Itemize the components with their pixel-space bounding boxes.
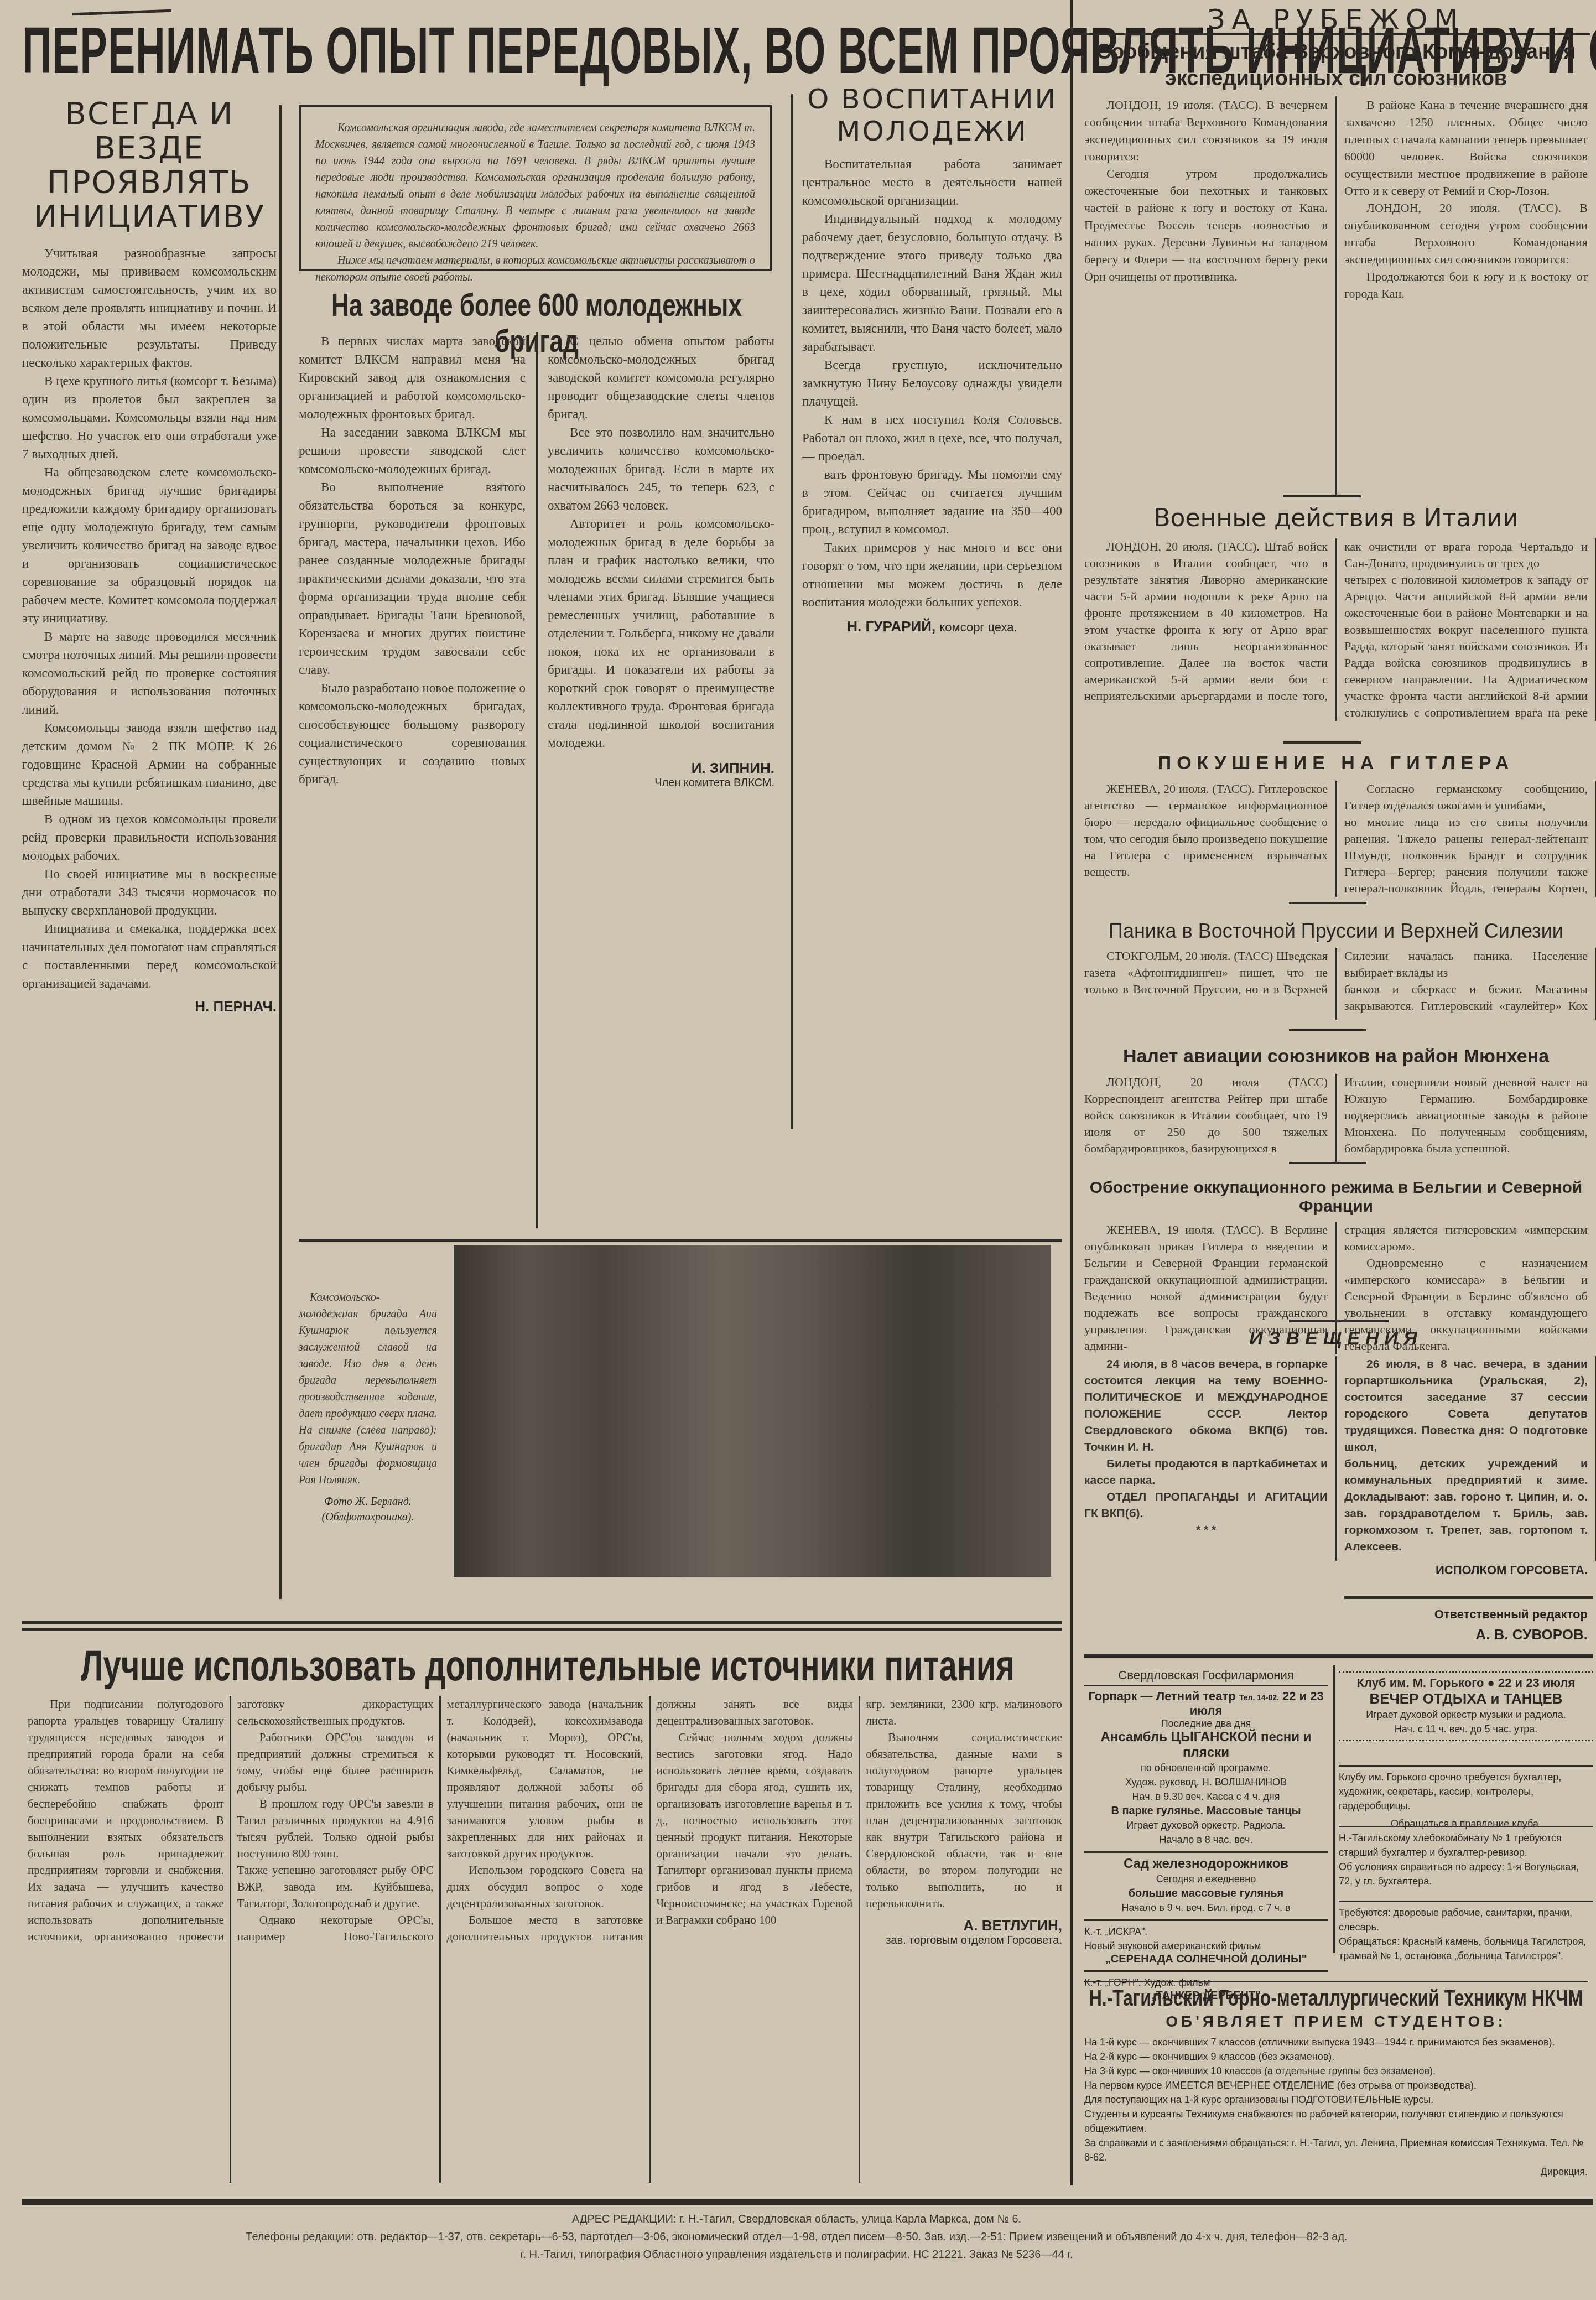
notices-title: ИЗВЕЩЕНИЯ [1084, 1328, 1588, 1349]
paragraph: По своей инициативе мы в воскресные дни … [22, 865, 277, 920]
paragraph: На общезаводском слете комсомольско-моло… [22, 463, 277, 627]
divider-rule [1283, 495, 1361, 497]
section-rule [1084, 1654, 1593, 1658]
ad-venue-row: Горпарк — Летний театр Тел. 14-02. 22 и … [1084, 1689, 1328, 1718]
ad-line: Нач. в 9.30 веч. Касса с 4 ч. дня [1084, 1789, 1328, 1804]
ad-headline: Н.-Тагильский Горно-металлургический Тех… [1084, 1985, 1588, 2011]
section-rule [299, 1239, 1062, 1242]
editor-block: Ответственный редактор А. В. СУВОРОВ. [1344, 1607, 1588, 1643]
news-hitler: ПОКУШЕНИЕ НА ГИТЛЕРА ЖЕНЕВА, 20 июля. (Т… [1084, 752, 1588, 897]
divider-rule [1289, 1029, 1366, 1031]
article-author: Н. ГУРАРИЙ, комсорг цеха. [802, 618, 1062, 635]
paragraph: Индивидуальный подход к молодому рабочем… [802, 210, 1062, 356]
news-body: СТОКГОЛЬМ, 20 июля. (ТАСС) Шведская газе… [1084, 948, 1588, 1020]
author-role: Член комитета ВЛКСМ. [548, 777, 774, 790]
ad-dates: 22 и 23 июля [1498, 1676, 1575, 1690]
ad-phone: Тел. 14-02. [1239, 1693, 1279, 1702]
ad-railway-garden: Сад железнодорожников Сегодня и ежедневн… [1084, 1851, 1328, 1915]
article-food: При подписании полугодового рапорта урал… [28, 1696, 1062, 2183]
ad-line: Клубу им. Горького срочно требуется бухг… [1339, 1770, 1593, 1813]
article-body: Учитывая разнообразные запросы молодежи,… [22, 244, 277, 993]
column-divider [791, 94, 793, 1129]
news-body: ЖЕНЕВА, 20 июля. (ТАСС). Гитлеровское аг… [1084, 781, 1588, 897]
paragraph: Всегда грустную, исключительно замкнутую… [802, 356, 1062, 411]
paragraph: Учитывая разнообразные запросы молодежи,… [22, 244, 277, 372]
paragraph: * * * [1084, 1522, 1328, 1539]
paragraph: вать фронтовую бригаду. Мы помогли ему в… [802, 465, 1062, 538]
paragraph: Также успешно заготовляет рыбу ОРС ВЖР, … [237, 1862, 434, 1912]
paragraph: Инициатива и смекалка, поддержка всех на… [22, 920, 277, 993]
paragraph: 26 июля, в 8 час. вечера, в здании горпа… [1344, 1356, 1588, 1456]
paragraph: Авторитет и роль комсомольско-молодежных… [548, 515, 774, 752]
paragraph: В прошлом году ОРС'ы завезли в Тагил раз… [237, 1795, 434, 1862]
ad-line: За справками и с заявлениями обращаться:… [1084, 2136, 1588, 2164]
ad-line: На 3-й курс — окончивших 10 классов (а о… [1084, 2064, 1588, 2078]
paragraph: Продолжаются бои к югу и к востоку от го… [1344, 268, 1588, 302]
column-divider [279, 105, 282, 1599]
caption-text: Комсомольско-молодежная бригада Ани Кушн… [299, 1289, 437, 1488]
ad-cinema-iskra: К.-т. „ИСКРА". Новый звуковой американск… [1084, 1919, 1328, 1966]
paragraph: страция является гитлеровским «имперским… [1344, 1222, 1588, 1255]
ad-line: На 1-й курс — окончивших 7 классов (отли… [1084, 2035, 1588, 2049]
article-title: Лучше использовать дополнительные источн… [33, 1640, 1062, 1690]
paragraph: Во выполнение взятого обязательства боро… [299, 478, 526, 679]
ad-bakery-jobs: Н.-Тагильскому хлебокомбинату № 1 требую… [1339, 1826, 1593, 1888]
ad-line: Для поступающих на 1-й курс организованы… [1084, 2093, 1588, 2107]
ad-line: Н.-Тагильскому хлебокомбинату № 1 требую… [1339, 1831, 1593, 1860]
divider-rule [1289, 1320, 1389, 1322]
section-title: ЗА РУБЕЖОМ [1082, 6, 1590, 33]
paragraph: Сейчас полным ходом должны вестись загот… [656, 1729, 852, 1928]
ad-line: Сегодня и ежедневно [1084, 1872, 1328, 1886]
news-italy: Военные действия в Италии ЛОНДОН, 20 июл… [1084, 506, 1588, 721]
intro-text: Комсомольская организация завода, где за… [315, 120, 755, 285]
news-body: ЛОНДОН, 20 июля. (ТАСС). Штаб войск союз… [1084, 538, 1588, 721]
section-rule [22, 1621, 1062, 1624]
paragraph: Ниже мы печатаем материалы, в которых ко… [315, 252, 755, 285]
news-panic: Паника в Восточной Пруссии и Верхней Сил… [1084, 921, 1588, 1020]
paragraph: Воспитательная работа занимает центральн… [802, 155, 1062, 210]
divider-rule [1283, 741, 1361, 744]
article-upbringing: О ВОСПИТАНИИ МОЛОДЕЖИ Воспитательная раб… [802, 83, 1062, 635]
footer: АДРЕС РЕДАКЦИИ: г. Н.-Тагил, Свердловска… [22, 2210, 1571, 2263]
ad-line: Нач. с 11 ч. веч. до 5 час. утра. [1339, 1722, 1593, 1736]
paragraph: Согласно германскому сообщению, Гитлер о… [1344, 781, 1588, 814]
news-title: Налет авиации союзников на район Мюнхена [1084, 1046, 1588, 1067]
paragraph: Италии, совершили новый дневной налет на… [1344, 1074, 1588, 1157]
ad-line: В парке гулянье. Массовые танцы [1084, 1804, 1328, 1818]
paragraph: В первых числах марта заводской комитет … [299, 332, 526, 423]
news-body: ЛОНДОН, 19 июля. (ТАСС). В вечернем сооб… [1084, 96, 1588, 495]
paragraph: кгр. земляники, 2300 кгр. малинового лис… [866, 1696, 1062, 1729]
paragraph: ЛОНДОН, 20 июля (ТАСС) Корреспондент аге… [1084, 1074, 1328, 1157]
section-header-abroad: ЗА РУБЕЖОМ [1082, 6, 1590, 35]
ad-line: по обновленной программе. [1084, 1761, 1328, 1775]
ad-line: К.-т. „ИСКРА". [1084, 1924, 1328, 1939]
intro-box: Комсомольская организация завода, где за… [299, 105, 772, 271]
photo-credit: Фото Ж. Берланд. (Облфотохроника). [299, 1494, 437, 1525]
footer-phones: Телефоны редакции: отв. редактор—1-37, о… [22, 2228, 1571, 2246]
news-title: Сообщения штаба Верховного Командования … [1084, 39, 1588, 92]
paragraph: ЛОНДОН, 20 июля. (ТАСС). В опубликованно… [1344, 199, 1588, 268]
news-munich: Налет авиации союзников на район Мюнхена… [1084, 1046, 1588, 1162]
section-rule [22, 1628, 1062, 1631]
paragraph: Комсомольская организация завода, где за… [315, 120, 755, 252]
ad-line: Студенты и курсанты Техникума снабжаются… [1084, 2107, 1588, 2136]
paragraph: ОТДЕЛ ПРОПАГАНДЫ И АГИТАЦИИ ГК ВКП(б). [1084, 1489, 1328, 1522]
author-role: зав. торговым отделом Горсовета. [866, 1934, 1062, 1947]
ad-line: На 2-й курс — окончивших 9 классов (без … [1084, 2049, 1588, 2064]
ad-line: Играет духовой оркестр музыки и радиола. [1339, 1707, 1593, 1722]
paragraph: Было разработано новое положение о комсо… [299, 679, 526, 788]
news-title: Обострение оккупационного режима в Бельг… [1084, 1178, 1588, 1216]
ad-philharmonic: Свердловская Госфилармония Горпарк — Лет… [1084, 1668, 1328, 2002]
article-title: ВСЕГДА И ВЕЗДЕ ПРОЯВЛЯТЬ ИНИЦИАТИВУ [22, 97, 277, 234]
ad-subtitle: Последние два дня [1084, 1718, 1328, 1730]
ad-signed: Дирекция. [1084, 2164, 1588, 2179]
paragraph: В цехе крупного литья (комсорг т. Безыма… [22, 372, 277, 463]
ad-venue: Горпарк — Летний театр [1088, 1689, 1236, 1703]
ad-hospital-jobs: Требуются: дворовые рабочие, санитарки, … [1339, 1901, 1593, 1963]
paragraph: Билеты продаются в партkабинетах и кассе… [1084, 1456, 1328, 1489]
ad-line: большие массовые гулянья [1084, 1886, 1328, 1901]
article-author: И. ЗИПНИН. [548, 760, 774, 777]
ad-line: Обращаться: Красный камень, больница Таг… [1339, 1934, 1593, 1963]
article-author: А. ВЕТЛУГИН, [866, 1917, 1062, 1934]
ad-line: Начало в 9 ч. веч. Бил. прод. с 7 ч. в [1084, 1901, 1328, 1915]
notices-signed: ИСПОЛКОМ ГОРСОВЕТА. [1084, 1563, 1588, 1577]
paragraph: Комсомольцы завода взяли шефство над дет… [22, 719, 277, 810]
paragraph: В районе Кана в течение вчерашнего дня з… [1344, 96, 1588, 199]
ad-venue-row: Клуб им. М. Горького ● 22 и 23 июля [1339, 1676, 1593, 1690]
ad-line: „СЕРЕНАДА СОЛНЕЧНОЙ ДОЛИНЫ" [1084, 1953, 1328, 1966]
divider-rule [1289, 1162, 1366, 1164]
paragraph: Использом городского Совета на днях обсу… [447, 1862, 643, 1912]
article-title: О ВОСПИТАНИИ МОЛОДЕЖИ [802, 83, 1062, 147]
divider-rule [1289, 902, 1366, 904]
article-body: В первых числах марта заводской комитет … [299, 332, 774, 790]
ad-line: На первом курсе ИМЕЕТСЯ ВЕЧЕРНЕЕ ОТДЕЛЕН… [1084, 2078, 1588, 2093]
photo-caption: Комсомольско-молодежная бригада Ани Кушн… [299, 1289, 437, 1525]
news-shaef: Сообщения штаба Верховного Командования … [1084, 39, 1588, 495]
notices: ИЗВЕЩЕНИЯ 24 июля, в 8 часов вечера, в г… [1084, 1328, 1588, 1577]
divider-rule [1344, 1596, 1593, 1599]
column-divider [1333, 1665, 1335, 1953]
ad-line: Об условиях справиться по адресу: 1-я Во… [1339, 1860, 1593, 1888]
article-initiative: ВСЕГДА И ВЕЗДЕ ПРОЯВЛЯТЬ ИНИЦИАТИВУ Учит… [22, 97, 277, 1015]
news-title: ПОКУШЕНИЕ НА ГИТЛЕРА [1084, 752, 1588, 774]
author-role: комсорг цеха. [939, 620, 1017, 634]
article-author: Н. ПЕРНАЧ. [22, 998, 277, 1015]
brigade-photo [454, 1245, 1051, 1577]
paragraph: 24 июля, в 8 часов вечера, в горпарке со… [1084, 1356, 1328, 1456]
article-body: При подписании полугодового рапорта урал… [28, 1696, 1062, 1947]
editor-name: А. В. СУВОРОВ. [1344, 1626, 1588, 1643]
ad-headline: Сад железнодорожников [1084, 1856, 1328, 1872]
article-brigades: В первых числах марта заводской комитет … [299, 332, 774, 1228]
notices-body: 24 июля, в 8 часов вечера, в горпарке со… [1084, 1356, 1588, 1561]
news-body: ЛОНДОН, 20 июля (ТАСС) Корреспондент аге… [1084, 1074, 1588, 1162]
paragraph: На заседании завкома ВЛКСМ мы решили про… [299, 423, 526, 478]
ad-org: Свердловская Госфилармония [1084, 1668, 1328, 1686]
author-name: Н. ГУРАРИЙ, [847, 618, 935, 635]
ad-club-evening: Клуб им. М. Горького ● 22 и 23 июля ВЕЧЕ… [1339, 1671, 1593, 1741]
paragraph: К нам в пех поступил Коля Соловьев. Рабо… [802, 411, 1062, 465]
ad-subtitle: ОБ'ЯВЛЯЕТ ПРИЕМ СТУДЕНТОВ: [1084, 2013, 1588, 2031]
news-title: Военные действия в Италии [1084, 506, 1588, 531]
editor-label: Ответственный редактор [1344, 1607, 1588, 1622]
footer-print: г. Н.-Тагил, типография Областного управ… [22, 2246, 1571, 2263]
ad-line: Худож. руковод. Н. ВОЛШАНИНОВ [1084, 1775, 1328, 1789]
ad-line: Начало в 8 час. веч. [1084, 1832, 1328, 1847]
ad-line: Новый звуковой американский фильм [1084, 1939, 1328, 1953]
paragraph: ЖЕНЕВА, 20 июля. (ТАСС). Гитлеровское аг… [1084, 781, 1328, 880]
paragraph: В марте на заводе проводился месячник см… [22, 627, 277, 719]
paragraph: Все это позволило нам значительно увелич… [548, 423, 774, 515]
ad-club-jobs: Клубу им. Горького срочно требуется бухг… [1339, 1765, 1593, 1831]
ad-venue: Клуб им. М. Горького [1357, 1676, 1484, 1690]
paragraph: Выполняя социалистические обязательства,… [866, 1729, 1062, 1912]
news-title: Паника в Восточной Пруссии и Верхней Сил… [1084, 921, 1588, 941]
paragraph: Сегодня утром продолжались ожесточенные … [1084, 165, 1328, 285]
article-body: Воспитательная работа занимает центральн… [802, 155, 1062, 611]
paragraph: Таких примеров у нас много и все они гов… [802, 538, 1062, 611]
footer-address: АДРЕС РЕДАКЦИИ: г. Н.-Тагил, Свердловска… [22, 2210, 1571, 2228]
paragraph: ЛОНДОН, 19 июля. (ТАСС). В вечернем сооб… [1084, 96, 1328, 165]
ad-technikum: Н.-Тагильский Горно-металлургический Тех… [1084, 1981, 1588, 2179]
paragraph: В одном из цехов комсомольцы провели рей… [22, 810, 277, 865]
ad-line: Играет духовой оркестр. Радиола. [1084, 1818, 1328, 1832]
paragraph: больниц, детских учреждений и коммунальн… [1344, 1456, 1588, 1555]
ad-headline: Ансамбль ЦЫГАНСКОЙ песни и пляски [1084, 1730, 1328, 1761]
ad-headline: ВЕЧЕР ОТДЫХА и ТАНЦЕВ [1339, 1690, 1593, 1707]
paragraph: С целью обмена опытом работы комсомольск… [548, 332, 774, 423]
column-divider [1070, 0, 1073, 2185]
ad-line: Требуются: дворовые рабочие, санитарки, … [1339, 1906, 1593, 1934]
paragraph: Работники ОРС'ов заводов и предприятий д… [237, 1729, 434, 1795]
footer-rule [22, 2199, 1593, 2205]
